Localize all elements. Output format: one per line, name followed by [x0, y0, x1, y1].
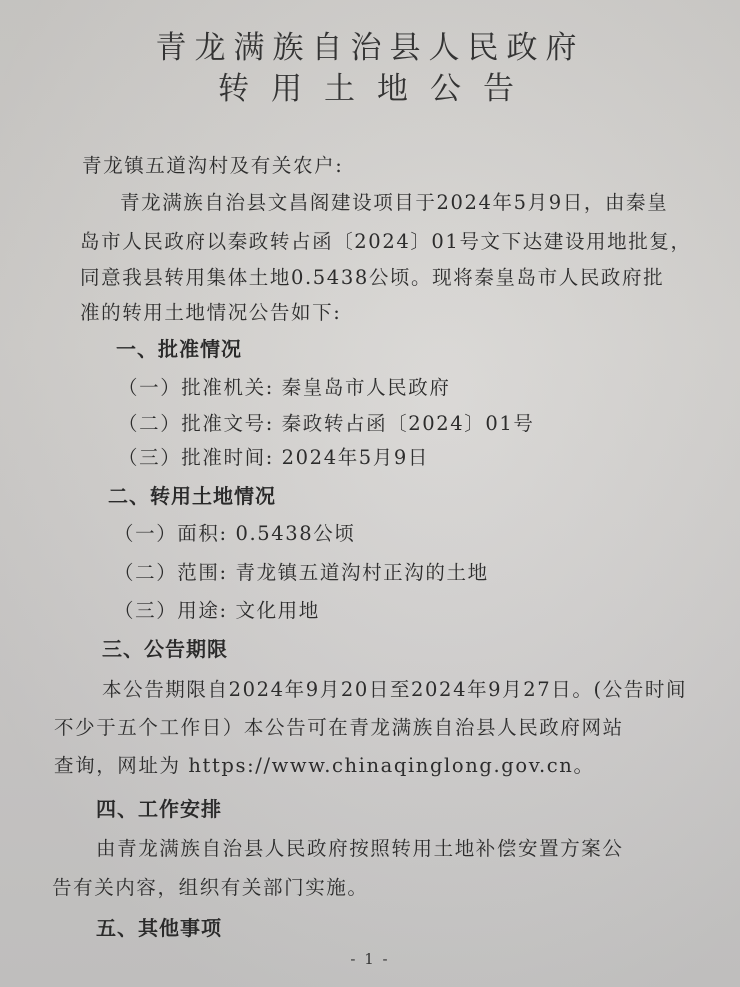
- intro-line-2: 岛市人民政府以秦政转占函〔2024〕01号文下达建设用地批复，: [80, 226, 692, 254]
- section-1-item-1: （一）批准机关: 秦皇岛市人民政府: [118, 372, 450, 400]
- section-4-heading: 四、工作安排: [96, 793, 222, 822]
- salutation: 青龙镇五道沟村及有关农户:: [82, 150, 343, 178]
- section-1-item-2: （二）批准文号: 秦政转占函〔2024〕01号: [118, 408, 535, 436]
- section-1-item-3: （三）批准时间: 2024年5月9日: [118, 442, 429, 470]
- document-subtitle: 转用土地公告: [0, 63, 740, 108]
- section-4-line-1: 由青龙满族自治县人民政府按照转用土地补偿安置方案公: [96, 833, 624, 861]
- intro-line-3: 同意我县转用集体土地0.5438公顷。现将秦皇岛市人民政府批: [80, 262, 664, 290]
- section-3-line-3: 查询，网址为 https://www.chinaqinglong.gov.cn。: [54, 750, 595, 778]
- section-2-heading: 二、转用土地情况: [108, 480, 276, 509]
- section-3-line-1: 本公告期限自2024年9月20日至2024年9月27日。(公告时间: [102, 674, 687, 702]
- section-2-item-2: （二）范围: 青龙镇五道沟村正沟的土地: [114, 557, 489, 585]
- page-number: - 1 -: [0, 950, 740, 968]
- intro-line-1: 青龙满族自治县文昌阁建设项目于2024年5月9日，由秦皇: [120, 187, 668, 215]
- document-title: 青龙满族自治县人民政府: [0, 22, 740, 67]
- section-2-item-3: （三）用途: 文化用地: [114, 595, 320, 623]
- intro-line-4: 准的转用土地情况公告如下:: [80, 297, 341, 325]
- section-3-line-2: 不少于五个工作日）本公告可在青龙满族自治县人民政府网站: [54, 712, 624, 740]
- section-3-heading: 三、公告期限: [102, 633, 228, 662]
- section-1-heading: 一、批准情况: [116, 333, 242, 362]
- section-5-heading: 五、其他事项: [96, 912, 222, 941]
- section-4-line-2: 告有关内容，组织有关部门实施。: [52, 872, 369, 900]
- section-2-item-1: （一）面积: 0.5438公顷: [114, 518, 356, 546]
